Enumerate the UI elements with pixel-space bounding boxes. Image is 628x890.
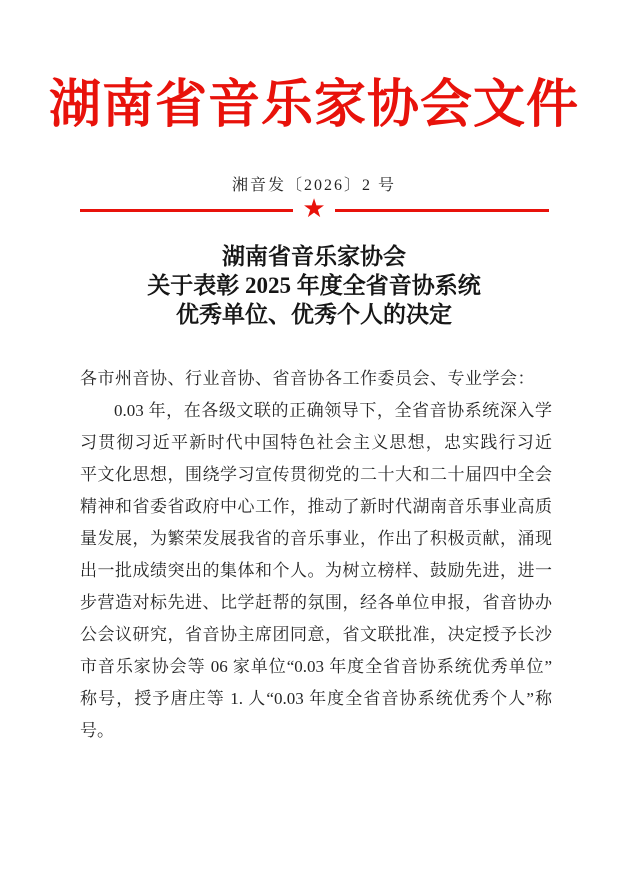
red-rule-left (80, 209, 294, 212)
doc-number: 湘音发〔2026〕2 号 (0, 176, 628, 196)
body-line: 号。 (80, 715, 552, 747)
document-page: 湖南省音乐家协会文件 湘音发〔2026〕2 号 ★ 湖南省音乐家协会关于表彰 2… (0, 0, 628, 890)
document-title-line: 关于表彰 2025 年度全省音协系统 (0, 271, 628, 300)
body-line: 步营造对标先进、比学赶帮的氛围，经各单位申报，省音协办 (80, 587, 552, 619)
body-line: 0.03 年，在各级文联的正确领导下，全省音协系统深入学 (80, 395, 552, 427)
body-line: 习贯彻习近平新时代中国特色社会主义思想，忠实践行习近 (80, 427, 552, 459)
body-paragraph: 0.03 年，在各级文联的正确领导下，全省音协系统深入学习贯彻习近平新时代中国特… (80, 395, 552, 747)
body-line: 精神和省委省政府中心工作，推动了新时代湖南音乐事业高质 (80, 491, 552, 523)
red-divider: ★ (80, 196, 549, 224)
body-line: 公会议研究，省音协主席团同意，省文联批准，决定授予长沙 (80, 619, 552, 651)
body-line: 出一批成绩突出的集体和个人。为树立榜样、鼓励先进，进一 (80, 555, 552, 587)
document-title: 湖南省音乐家协会关于表彰 2025 年度全省音协系统优秀单位、优秀个人的决定 (0, 242, 628, 329)
body-line: 市音乐家协会等 06 家单位“0.03 年度全省音协系统优秀单位” (80, 651, 552, 683)
red-header-title: 湖南省音乐家协会文件 (0, 0, 628, 140)
body-line: 量发展，为繁荣发展我省的音乐事业，作出了积极贡献，涌现 (80, 523, 552, 555)
star-icon: ★ (302, 196, 325, 222)
salutation-line: 各市州音协、行业音协、省音协各工作委员会、专业学会： (80, 363, 552, 395)
body-line: 平文化思想，围绕学习宣传贯彻党的二十大和二十届四中全会 (80, 459, 552, 491)
red-rule-right (335, 209, 549, 212)
document-title-line: 湖南省音乐家协会 (0, 242, 628, 271)
document-body: 各市州音协、行业音协、省音协各工作委员会、专业学会： 0.03 年，在各级文联的… (80, 363, 552, 747)
document-title-line: 优秀单位、优秀个人的决定 (0, 300, 628, 329)
body-line: 称号，授予唐庄等 1. 人“0.03 年度全省音协系统优秀个人”称 (80, 683, 552, 715)
